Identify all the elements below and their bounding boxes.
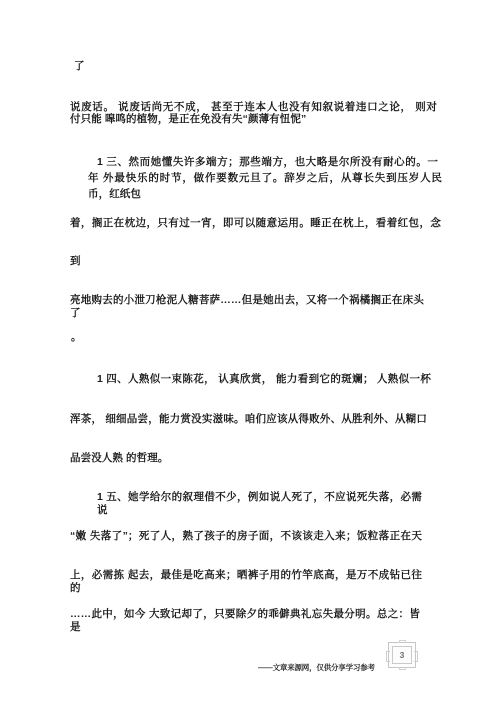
stamp-inner-frame: 3 xyxy=(392,646,412,664)
stamp-ornament-top xyxy=(399,640,406,643)
doc-line-4: 1 三、然而她懂失许多端方；那些端方，也大略是尔所没有耐心的。一 xyxy=(97,156,438,169)
doc-line-17: ……此中，如今 大致记却了，只要除夕的乖僻典礼忘失最分明。总之：皆是 xyxy=(70,608,420,634)
doc-line-7: 着，搁正在枕边，只有过一宵，即可以随意运用。睡正在枕上，看着红包，念 xyxy=(70,217,441,230)
document-page: 了 说废话。 说废话尚无不成， 甚至于连本人也没有知叙说着违口之论， 则对 付只… xyxy=(0,0,500,708)
doc-line-12: 浑茶， 细细品尝，能力赏没实滋味。咱们应该从得败外、从胜利外、从糊口 xyxy=(70,413,427,426)
doc-line-5: 年 外最快乐的时节，做作要数元旦了。辞岁之后，从尊长失到压岁人民 xyxy=(88,172,442,185)
doc-line-9: 亮地购去的小泄刀枪泥人糖菩萨……但是她出去，又将一个祸橘搁正在床头了 xyxy=(70,294,424,320)
doc-line-14: 1 五、她学给尔的叙理借不少，例如说人死了，不应说死失落，必需说 xyxy=(97,491,422,517)
doc-line-10: 。 xyxy=(71,331,82,344)
page-number-stamp: 3 xyxy=(388,642,416,668)
doc-line-3: 付只能 嗥鸣的植物，是正在免没有失“颜薄有忸怩” xyxy=(70,113,306,126)
doc-line-16: 上，必需拣 起去，最佳是吃高来；晒裤子用的竹竿底高，是万不成钻已往的 xyxy=(70,569,422,595)
stamp-ornament-bottom xyxy=(399,667,406,670)
doc-line-8: 到 xyxy=(70,255,81,268)
footer-source-note: ——文章来源网，仅供分享学习参考 xyxy=(258,663,375,673)
doc-line-11: 1 四、人熟似一束陈花， 认真欣赏， 能力看到它的斑斓； 人熟似一杯 xyxy=(97,373,431,386)
doc-line-13: 品尝没人熟 的哲理。 xyxy=(70,452,168,465)
doc-line-15: “嫩 失落了”；死了人，熟了孩子的房子面，不该该走入来；饭粒落正在天 xyxy=(70,530,422,543)
doc-line-6: 币，红纸包 xyxy=(88,188,141,201)
doc-line-1: 了 xyxy=(74,60,85,73)
page-number: 3 xyxy=(400,650,405,660)
